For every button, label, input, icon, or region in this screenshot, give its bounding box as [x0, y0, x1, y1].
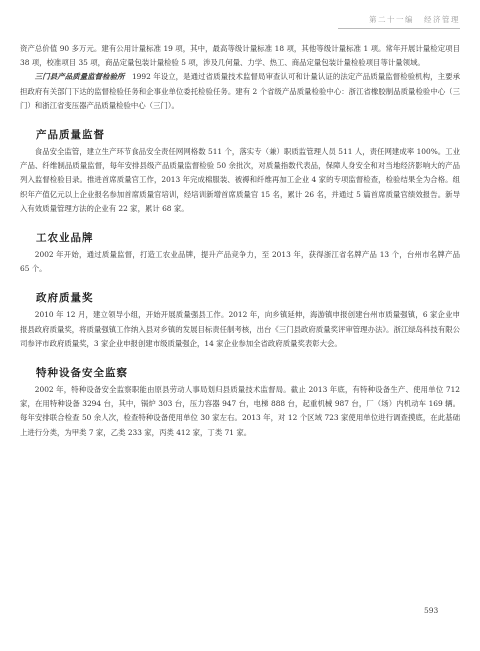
section-label: 经济管理 — [424, 15, 460, 24]
section-text-brands: 2002 年开始，通过质量监督，打造工农业品牌，提升产品竞争力，至 2013 年… — [20, 248, 460, 276]
section-heading-product-quality: 产品质量监督 — [36, 127, 460, 142]
org-name: 三门县产品质量监督检验所 — [35, 72, 125, 81]
section-heading-quality-award: 政府质量奖 — [36, 290, 460, 305]
intro-paragraph: 资产总价值 90 多万元。建有公用计量标准 19 项，其中，最高等级计量标准 1… — [20, 42, 460, 70]
section-text-special-equipment: 2002 年，特种设备安全监察职能由原县劳动人事局划归县质量技术监督局。截止 2… — [20, 383, 460, 440]
running-header: 第二十一编经济管理 — [338, 14, 460, 29]
page-body: 资产总价值 90 多万元。建有公用计量标准 19 项，其中，最高等级计量标准 1… — [20, 42, 460, 440]
section-heading-brands: 工农业品牌 — [36, 230, 460, 245]
page-number: 593 — [424, 606, 438, 615]
chapter-label: 第二十一编 — [369, 15, 414, 24]
section-text-product-quality: 食品安全监管，建立生产环节食品安全责任网网格数 511 个，落实专（兼）职质监管… — [20, 145, 460, 216]
org-paragraph: 三门县产品质量监督检验所 1992 年设立，是通过省质量技术监督局审查认可和计量… — [20, 70, 460, 113]
section-heading-special-equipment: 特种设备安全监察 — [36, 365, 460, 380]
section-text-quality-award: 2010 年 12 月，建立领导小组，开始开展质量强县工作。2012 年，向乡镇… — [20, 308, 460, 351]
